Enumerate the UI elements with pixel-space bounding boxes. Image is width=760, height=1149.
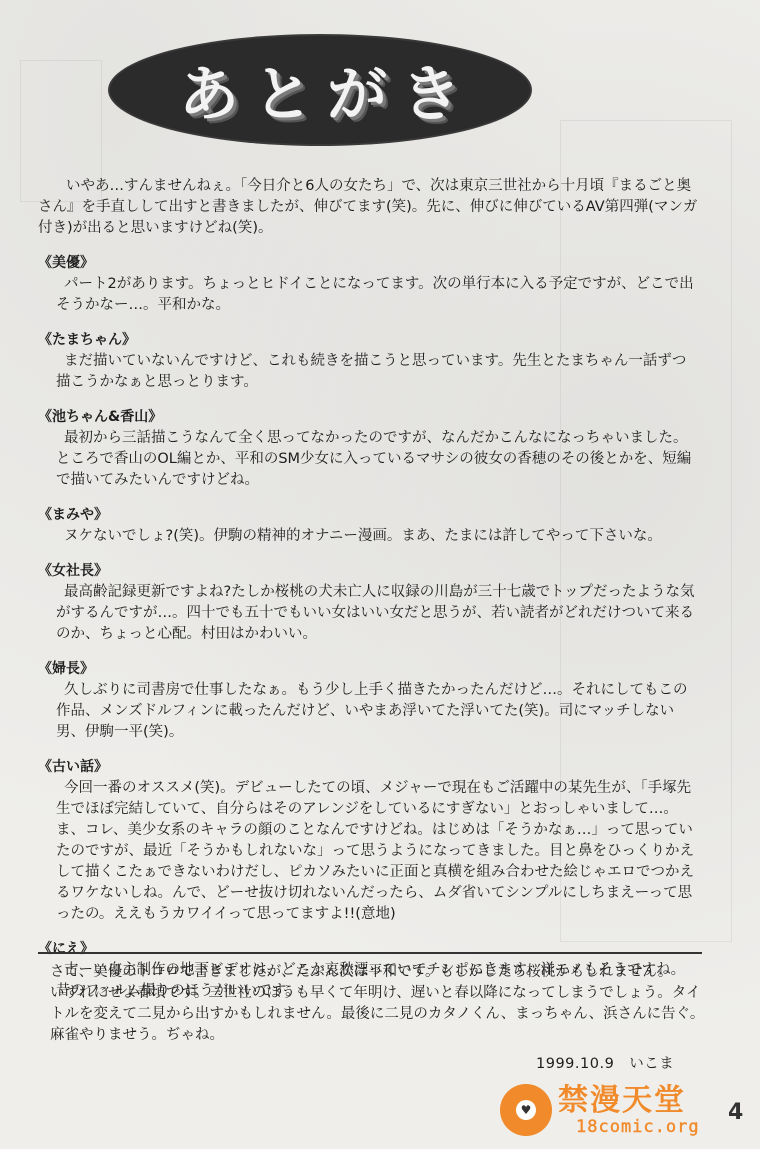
closing-note: さて、美優のトコロで書きましたが、たぶん次は平和です。もしかしたら桜桃かもしれま… [50,962,710,1046]
section-text: 最高齢記録更新ですよね?たしか桜桃の犬未亡人に収録の川島が三十七歳でトップだった… [38,582,698,645]
afterword-body: いやあ…すんませんねぇ。「今日介と6人の女たち」で、次は東京三世社から十月頃『ま… [38,176,698,1002]
section-mamiya: 《まみや》 ヌケないでしょ?(笑)。伊駒の精神的オナニー漫画。まあ、たまには許し… [38,505,698,547]
section-heading: 《美優》 [38,253,698,274]
section-text: パート2があります。ちょっとヒドイことになってます。次の単行本に入る予定ですが、… [38,274,698,316]
closing-line: いずれにせよ春頃です。三世社のほうも早くて年明け、遅いと春以降になってしまうでし… [50,983,710,1025]
section-heading: 《にえ》 [38,939,698,960]
section-tamachan: 《たまちゃん》 まだ描いていないんですけど、これも続きを描こうと思っています。先… [38,330,698,393]
section-heading: 《たまちゃん》 [38,330,698,351]
manga-afterword-page: あとがき いやあ…すんませんねぇ。「今日介と6人の女たち」で、次は東京三世社から… [0,0,760,1149]
section-heading: 《女社長》 [38,561,698,582]
watermark-title: 禁漫天堂 [558,1084,700,1118]
section-heading: 《まみや》 [38,505,698,526]
section-text: 今回一番のオススメ(笑)。デビューしたての頃、メジャーで現在もご活躍中の某先生が… [38,778,698,925]
date-signature: 1999.10.9 いこま [536,1052,674,1073]
section-fucho: 《婦長》 久しぶりに司書房で仕事したなぁ。もう少し上手く描きたかったんだけど…。… [38,659,698,743]
site-watermark: ♥ 禁漫天堂 18comic.org [500,1078,750,1142]
page-title: あとがき [179,47,475,133]
section-miyu: 《美優》 パート2があります。ちょっとヒドイことになってます。次の単行本に入る予… [38,253,698,316]
whale-logo-icon: ♥ [500,1084,552,1136]
section-furui-hanashi: 《古い話》 今回一番のオススメ(笑)。デビューしたての頃、メジャーで現在もご活躍… [38,757,698,925]
title-banner: あとがき [110,36,530,144]
section-heading: 《婦長》 [38,659,698,680]
watermark-text: 禁漫天堂 18comic.org [558,1084,700,1136]
section-onna-shacho: 《女社長》 最高齢記録更新ですよね?たしか桜桃の犬未亡人に収録の川島が三十七歳で… [38,561,698,645]
page-number: 4 [728,1100,743,1125]
heart-icon: ♥ [516,1100,536,1120]
section-divider [38,952,702,954]
section-text: 最初から三話描こうなんて全く思ってなかったのですが、なんだかこんなになっちゃいま… [38,428,698,491]
section-heading: 《池ちゃん&香山》 [38,407,698,428]
section-text: ヌケないでしょ?(笑)。伊駒の精神的オナニー漫画。まあ、たまには許してやって下さ… [38,526,698,547]
section-heading: 《古い話》 [38,757,698,778]
watermark-url: 18comic.org [576,1118,700,1136]
closing-line: 麻雀やりませう。ぢゃね。 [50,1025,710,1046]
section-text: 久しぶりに司書房で仕事したなぁ。もう少し上手く描きたかったんだけど…。それにして… [38,680,698,743]
closing-line: さて、美優のトコロで書きましたが、たぶん次は平和です。もしかしたら桜桃かもしれま… [50,962,710,983]
section-ikechan-kayama: 《池ちゃん&香山》 最初から三話描こうなんて全く思ってなかったのですが、なんだか… [38,407,698,491]
section-text: まだ描いていないんですけど、これも続きを描こうと思っています。先生とたまちゃん一… [38,351,698,393]
intro-paragraph: いやあ…すんませんねぇ。「今日介と6人の女たち」で、次は東京三世社から十月頃『ま… [38,176,698,239]
